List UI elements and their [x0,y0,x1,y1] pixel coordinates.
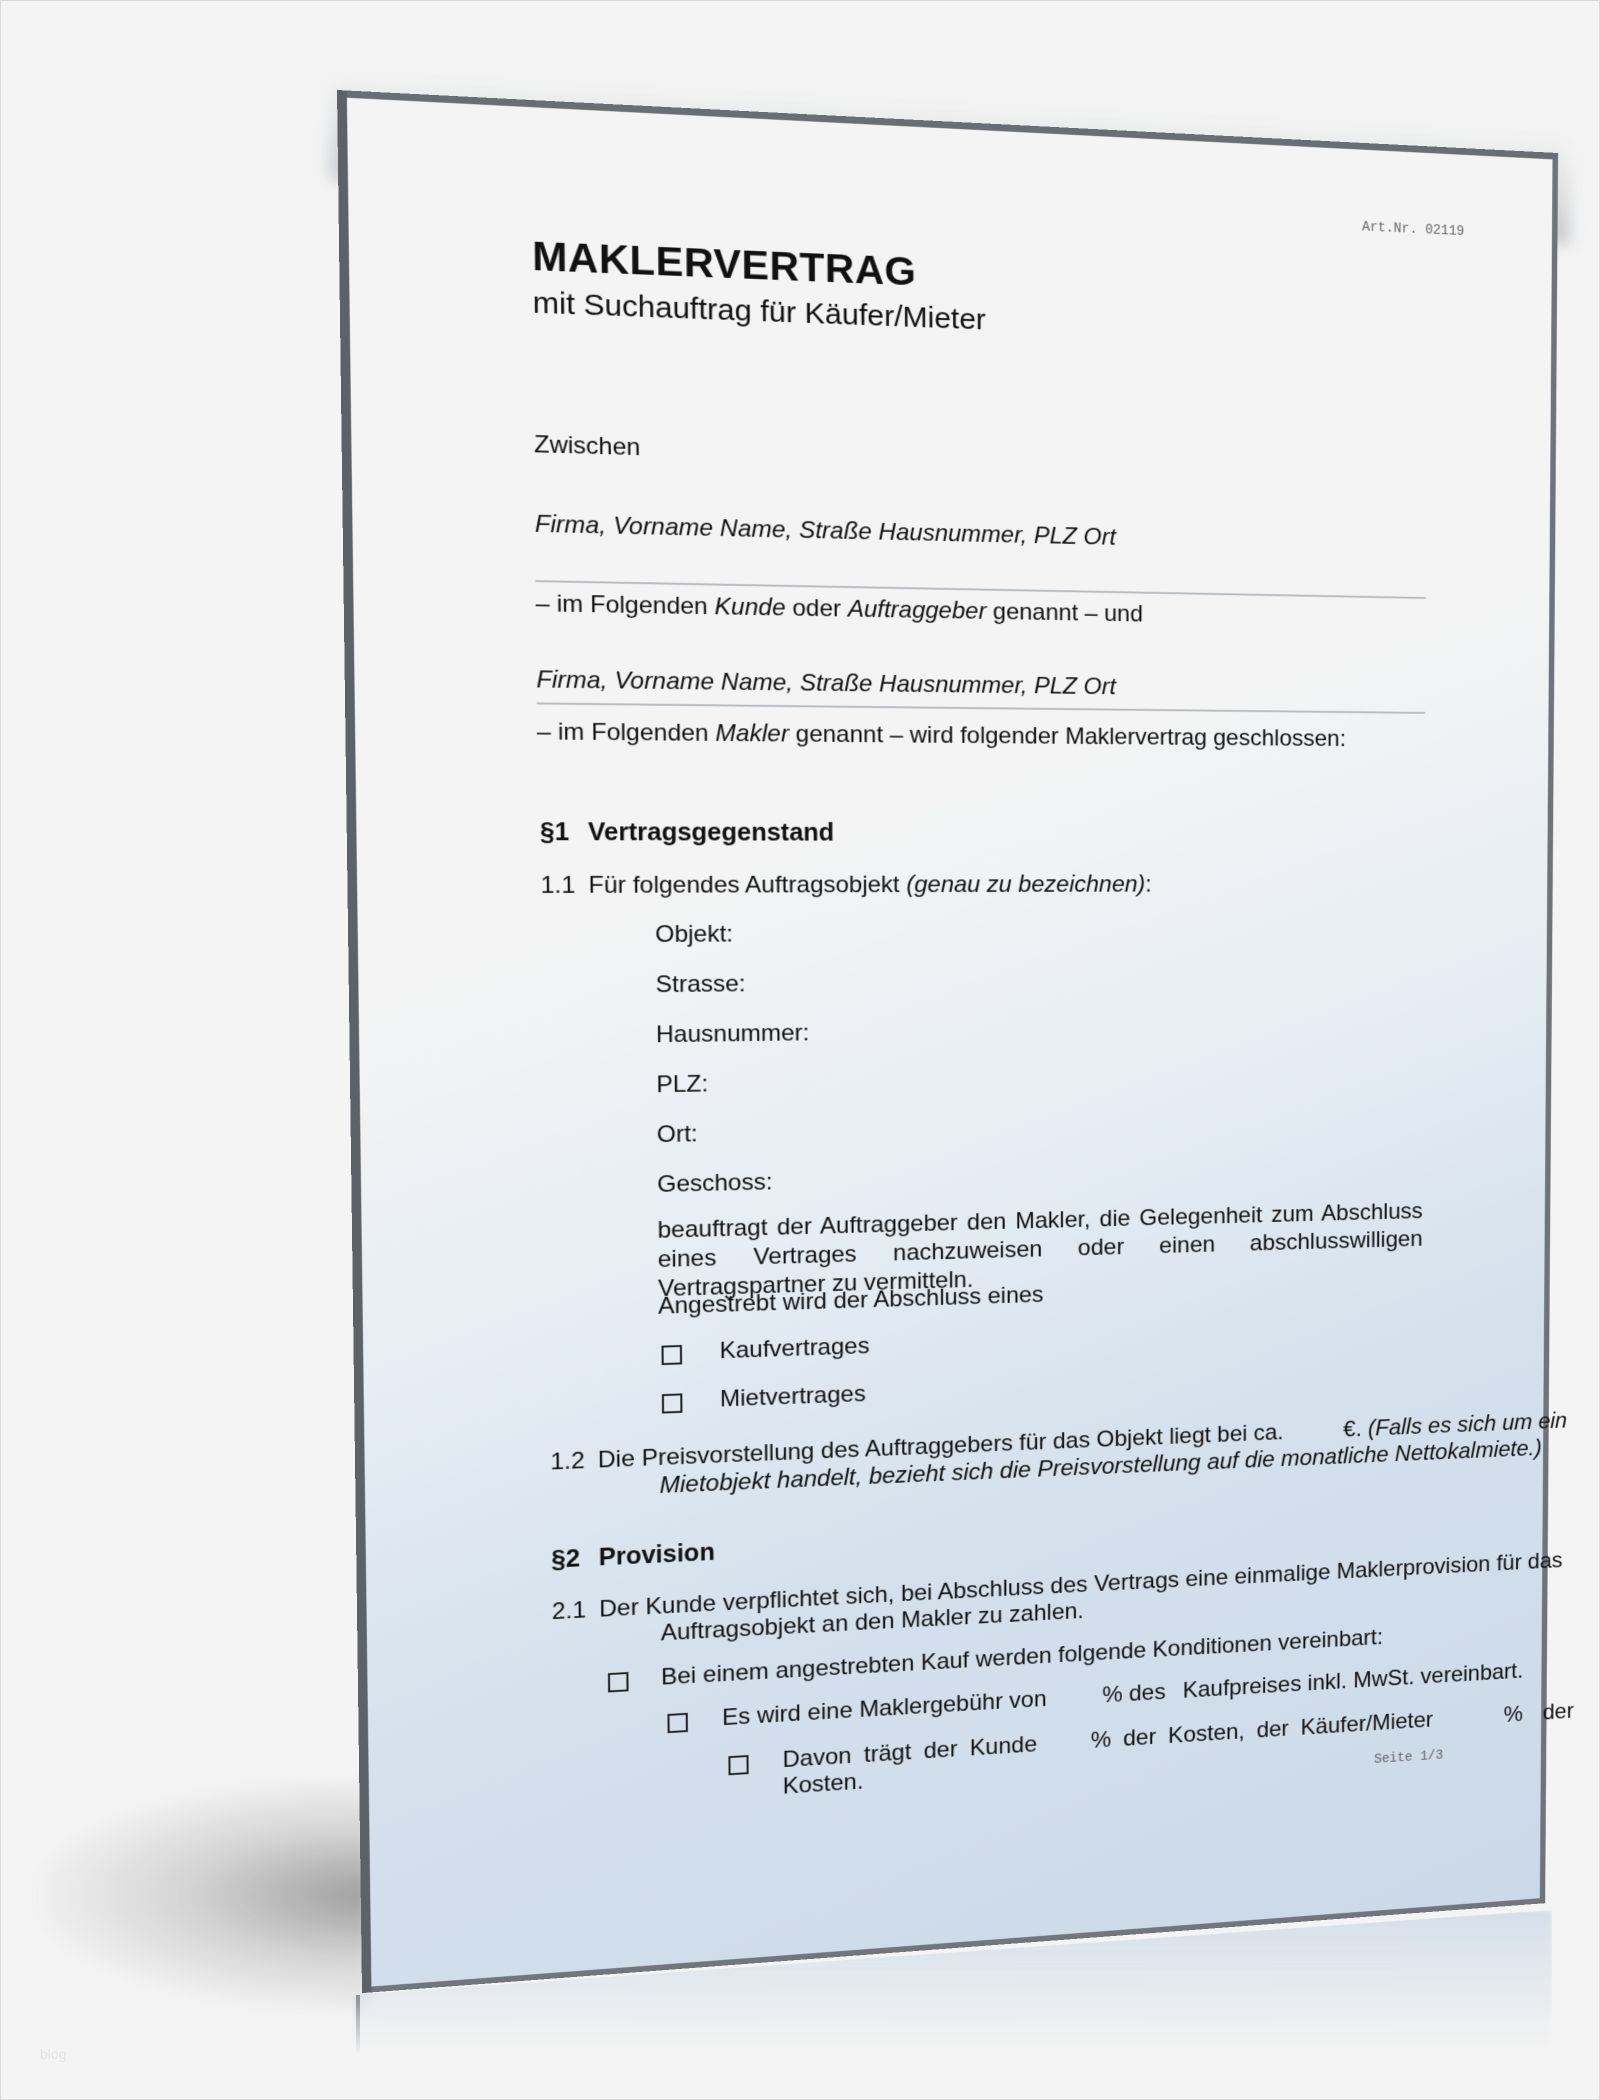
section1-heading: §1Vertragsgegenstand [540,818,834,847]
party2-role-text: – im Folgenden Makler genannt – wird fol… [537,718,1346,752]
document-subtitle: mit Suchauftrag für Käufer/Mieter [533,286,986,337]
checkbox-broker-fee[interactable] [667,1713,687,1733]
between-label: Zwischen [534,431,640,462]
item-1-1: 1.1Für folgendes Auftragsobjekt (genau z… [540,872,1151,900]
section2-heading: §2Provision [551,1539,715,1575]
checkbox-kaufvertrag[interactable] [662,1345,683,1365]
document-title: MAKLERVERTRAG [532,234,916,295]
party2-underline [537,702,1426,713]
party2-field[interactable]: Firma, Vorname Name, Straße Hausnummer, … [536,666,1116,701]
field-plz[interactable]: PLZ: [656,1071,708,1099]
party1-role-text: – im Folgenden Kunde oder Auftraggeber g… [536,590,1143,628]
page-indicator: Seite 1/3 [1374,1748,1443,1767]
option-kaufvertrag-label: Kaufvertrages [720,1333,870,1365]
buyer-percent-blank[interactable] [1433,1722,1504,1726]
page-reflection-edge [356,1995,360,2055]
price-blank[interactable] [1284,1437,1344,1439]
field-strasse[interactable]: Strasse: [655,971,745,999]
field-geschoss[interactable]: Geschoss: [657,1169,773,1199]
checkbox-purchase-conditions[interactable] [608,1672,629,1692]
fee-percent-blank[interactable] [1047,1703,1103,1706]
field-hausnummer[interactable]: Hausnummer: [656,1020,810,1049]
field-objekt[interactable]: Objekt: [655,921,733,949]
cost-split-cont: Kosten. [783,1769,864,1801]
document-page: Art.Nr. 02119 MAKLERVERTRAG mit Suchauft… [337,90,1558,1993]
article-number: Art.Nr. 02119 [1362,220,1464,240]
client-percent-blank[interactable] [1037,1748,1091,1751]
watermark: blog [40,2046,66,2062]
checkbox-cost-split[interactable] [728,1755,748,1775]
field-ort[interactable]: Ort: [657,1121,698,1149]
page-drop-shadow [40,1780,370,2010]
option-mietvertrag-label: Mietvertrages [720,1381,866,1413]
party1-field[interactable]: Firma, Vorname Name, Straße Hausnummer, … [535,511,1116,552]
checkbox-mietvertrag[interactable] [662,1393,683,1413]
